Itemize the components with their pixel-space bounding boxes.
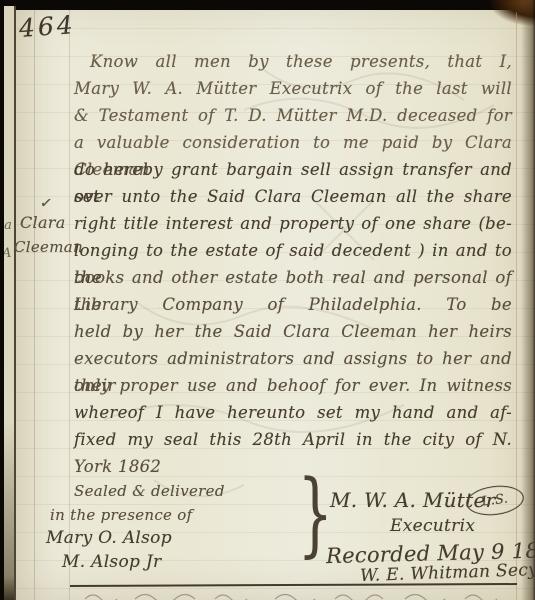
edge-text-fragment: la	[4, 218, 12, 233]
manuscript-line: & Testament of T. D. Mütter M.D. decease…	[74, 102, 512, 129]
manuscript-line: books and other estate both real and per…	[74, 264, 512, 291]
page-crease-line	[34, 10, 35, 600]
right-margin-line	[516, 12, 517, 600]
manuscript-line: Mary W. A. Mütter Executrix of the last …	[74, 75, 512, 102]
manuscript-line: right title interest and property of one…	[74, 210, 512, 237]
margin-note-name: Clara	[20, 213, 66, 232]
margin-note-name: Cleeman	[14, 238, 83, 256]
deed-body: Know all men by these presents, that I, …	[74, 48, 512, 480]
right-page-edge-shadow	[521, 0, 535, 600]
previous-page-edge: la A	[4, 6, 16, 600]
witness-signature: Mary O. Alsop	[46, 528, 172, 548]
manuscript-line: whereof I have hereunto set my hand and …	[74, 399, 512, 426]
manuscript-line: held by her the Said Clara Cleeman her h…	[74, 318, 512, 345]
witness-line: in the presence of	[50, 506, 192, 524]
manuscript-line: only proper use and behoof for ever. In …	[74, 372, 512, 399]
next-entry-partial-line	[75, 591, 511, 600]
manuscript-line: fixed my seal this 28th April in the cit…	[74, 426, 512, 453]
photo-top-edge	[0, 0, 535, 10]
manuscript-line: executors administrators and assigns to …	[74, 345, 512, 372]
manuscript-line: do hereby grant bargain sell assign tran…	[74, 156, 512, 183]
margin-checkmark: ✓	[39, 193, 54, 213]
manuscript-line: Know all men by these presents, that I,	[74, 48, 512, 75]
witness-line: Sealed & delivered	[74, 482, 225, 500]
witness-signature: M. Alsop Jr	[62, 552, 161, 572]
seal-initials: L.S.	[481, 491, 509, 509]
manuscript-line: a valuable consideration to me paid by C…	[74, 129, 512, 156]
page-number: 464	[18, 10, 77, 43]
manuscript-scan: la A 464 ✓ Clara Cleeman Know all men by…	[0, 0, 535, 600]
manuscript-line: longing to the estate of said decedent )…	[74, 237, 512, 264]
manuscript-line: Library Company of Philadelphia. To be	[74, 291, 512, 318]
manuscript-line: York 1862	[74, 453, 512, 480]
executrix-title: Executrix	[390, 516, 475, 536]
manuscript-line: over unto the Said Clara Cleeman all the…	[74, 183, 512, 210]
edge-text-fragment: A	[4, 246, 11, 261]
